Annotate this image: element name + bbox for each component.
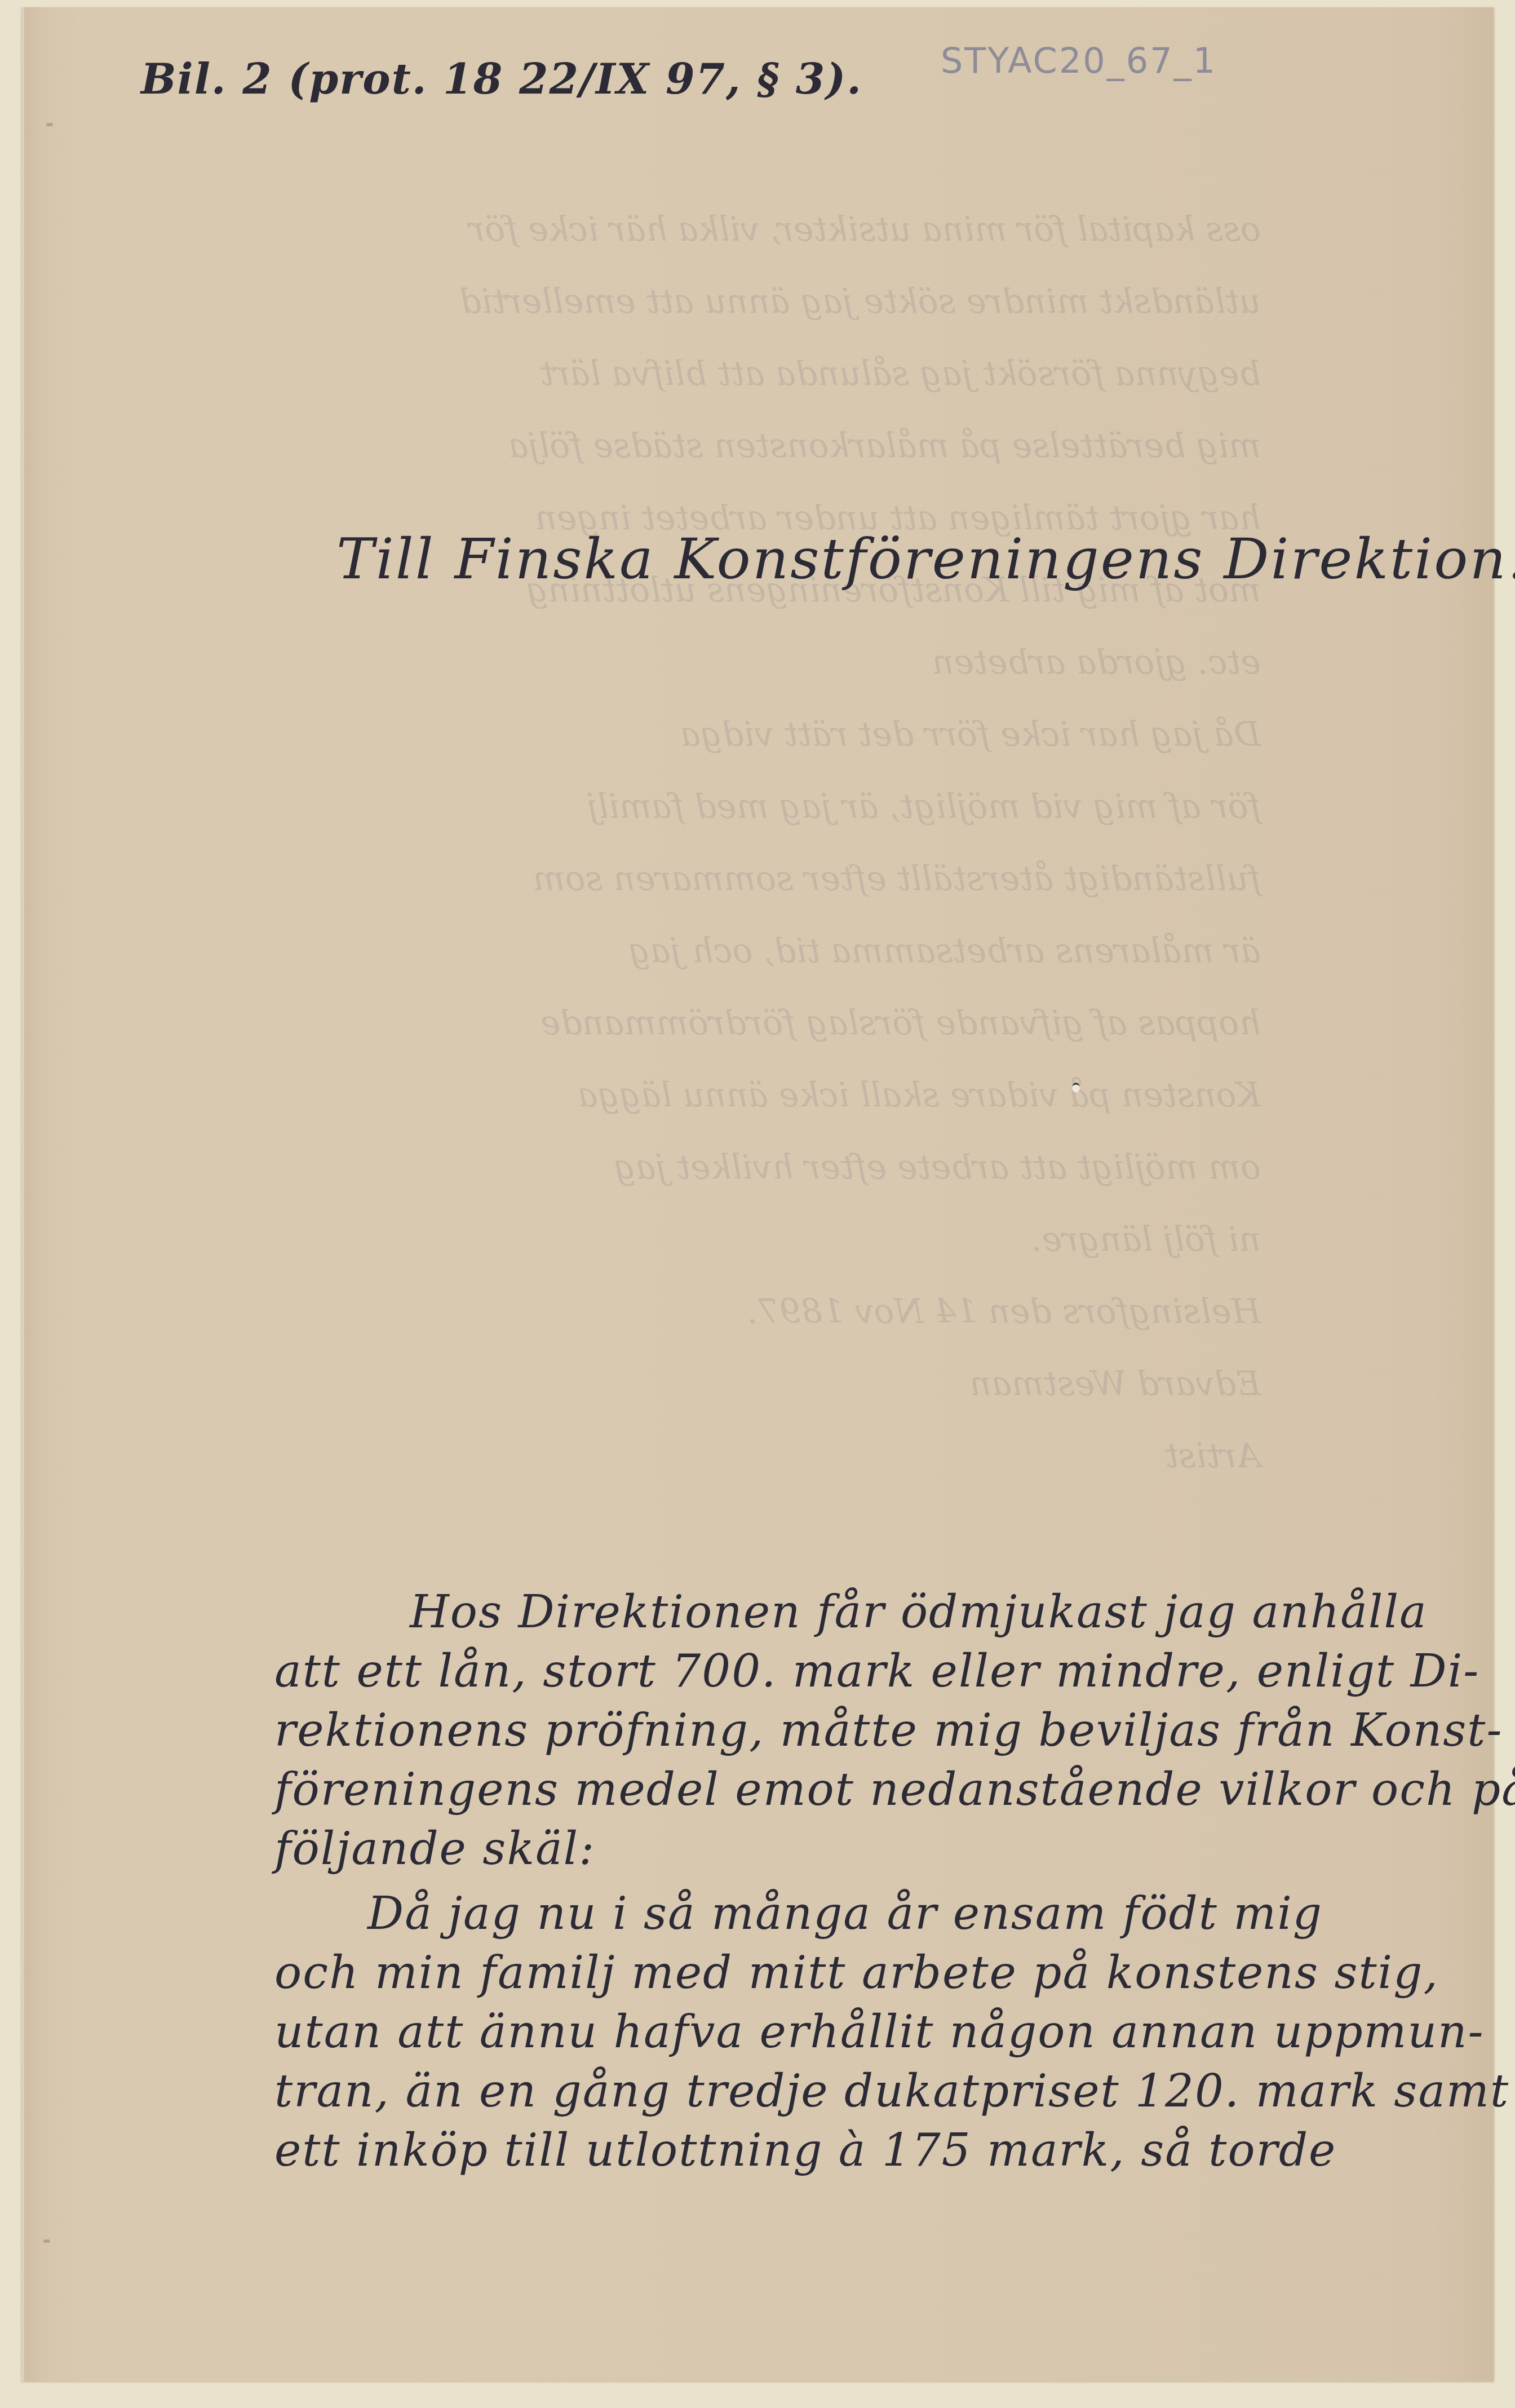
letter-line: och min familj med mitt arbete på konste… [274, 1946, 1439, 1999]
protocol-annotation: Bil. 2 (prot. 18 22/IX 97, § 3). [141, 55, 862, 104]
tack-mark [43, 2239, 50, 2243]
archive-id-label: STYAC20_67_1 [941, 40, 1217, 81]
letter-line: utan att ännu hafva erhållit någon annan… [274, 2006, 1485, 2058]
letter-line: föreningens medel emot nedanstående vilk… [274, 1763, 1515, 1816]
letter-line: att ett lån, stort 700. mark eller mindr… [274, 1645, 1479, 1697]
letter-line: tran, än en gång tredje dukatpriset 120.… [274, 2065, 1509, 2117]
letter-line: följande skäl: [274, 1822, 595, 1875]
paper-hole [1072, 1083, 1080, 1092]
letter-line: Hos Direktionen får ödmjukast jag anhåll… [410, 1586, 1428, 1638]
letter-page: oss kapital för mina utsikter, vilka här… [21, 7, 1494, 2382]
salutation: Till Finska Konstföreningens Direktion. [336, 526, 1515, 592]
bleed-through-text: oss kapital för mina utsikter, vilka här… [190, 193, 1261, 1492]
letter-line: rektionens pröfning, måtte mig beviljas … [274, 1704, 1503, 1756]
letter-line: Då jag nu i så många år ensam födt mig [367, 1887, 1323, 1940]
letter-line: ett inköp till utlottning à 175 mark, så… [274, 2124, 1336, 2176]
tack-mark [46, 123, 53, 126]
